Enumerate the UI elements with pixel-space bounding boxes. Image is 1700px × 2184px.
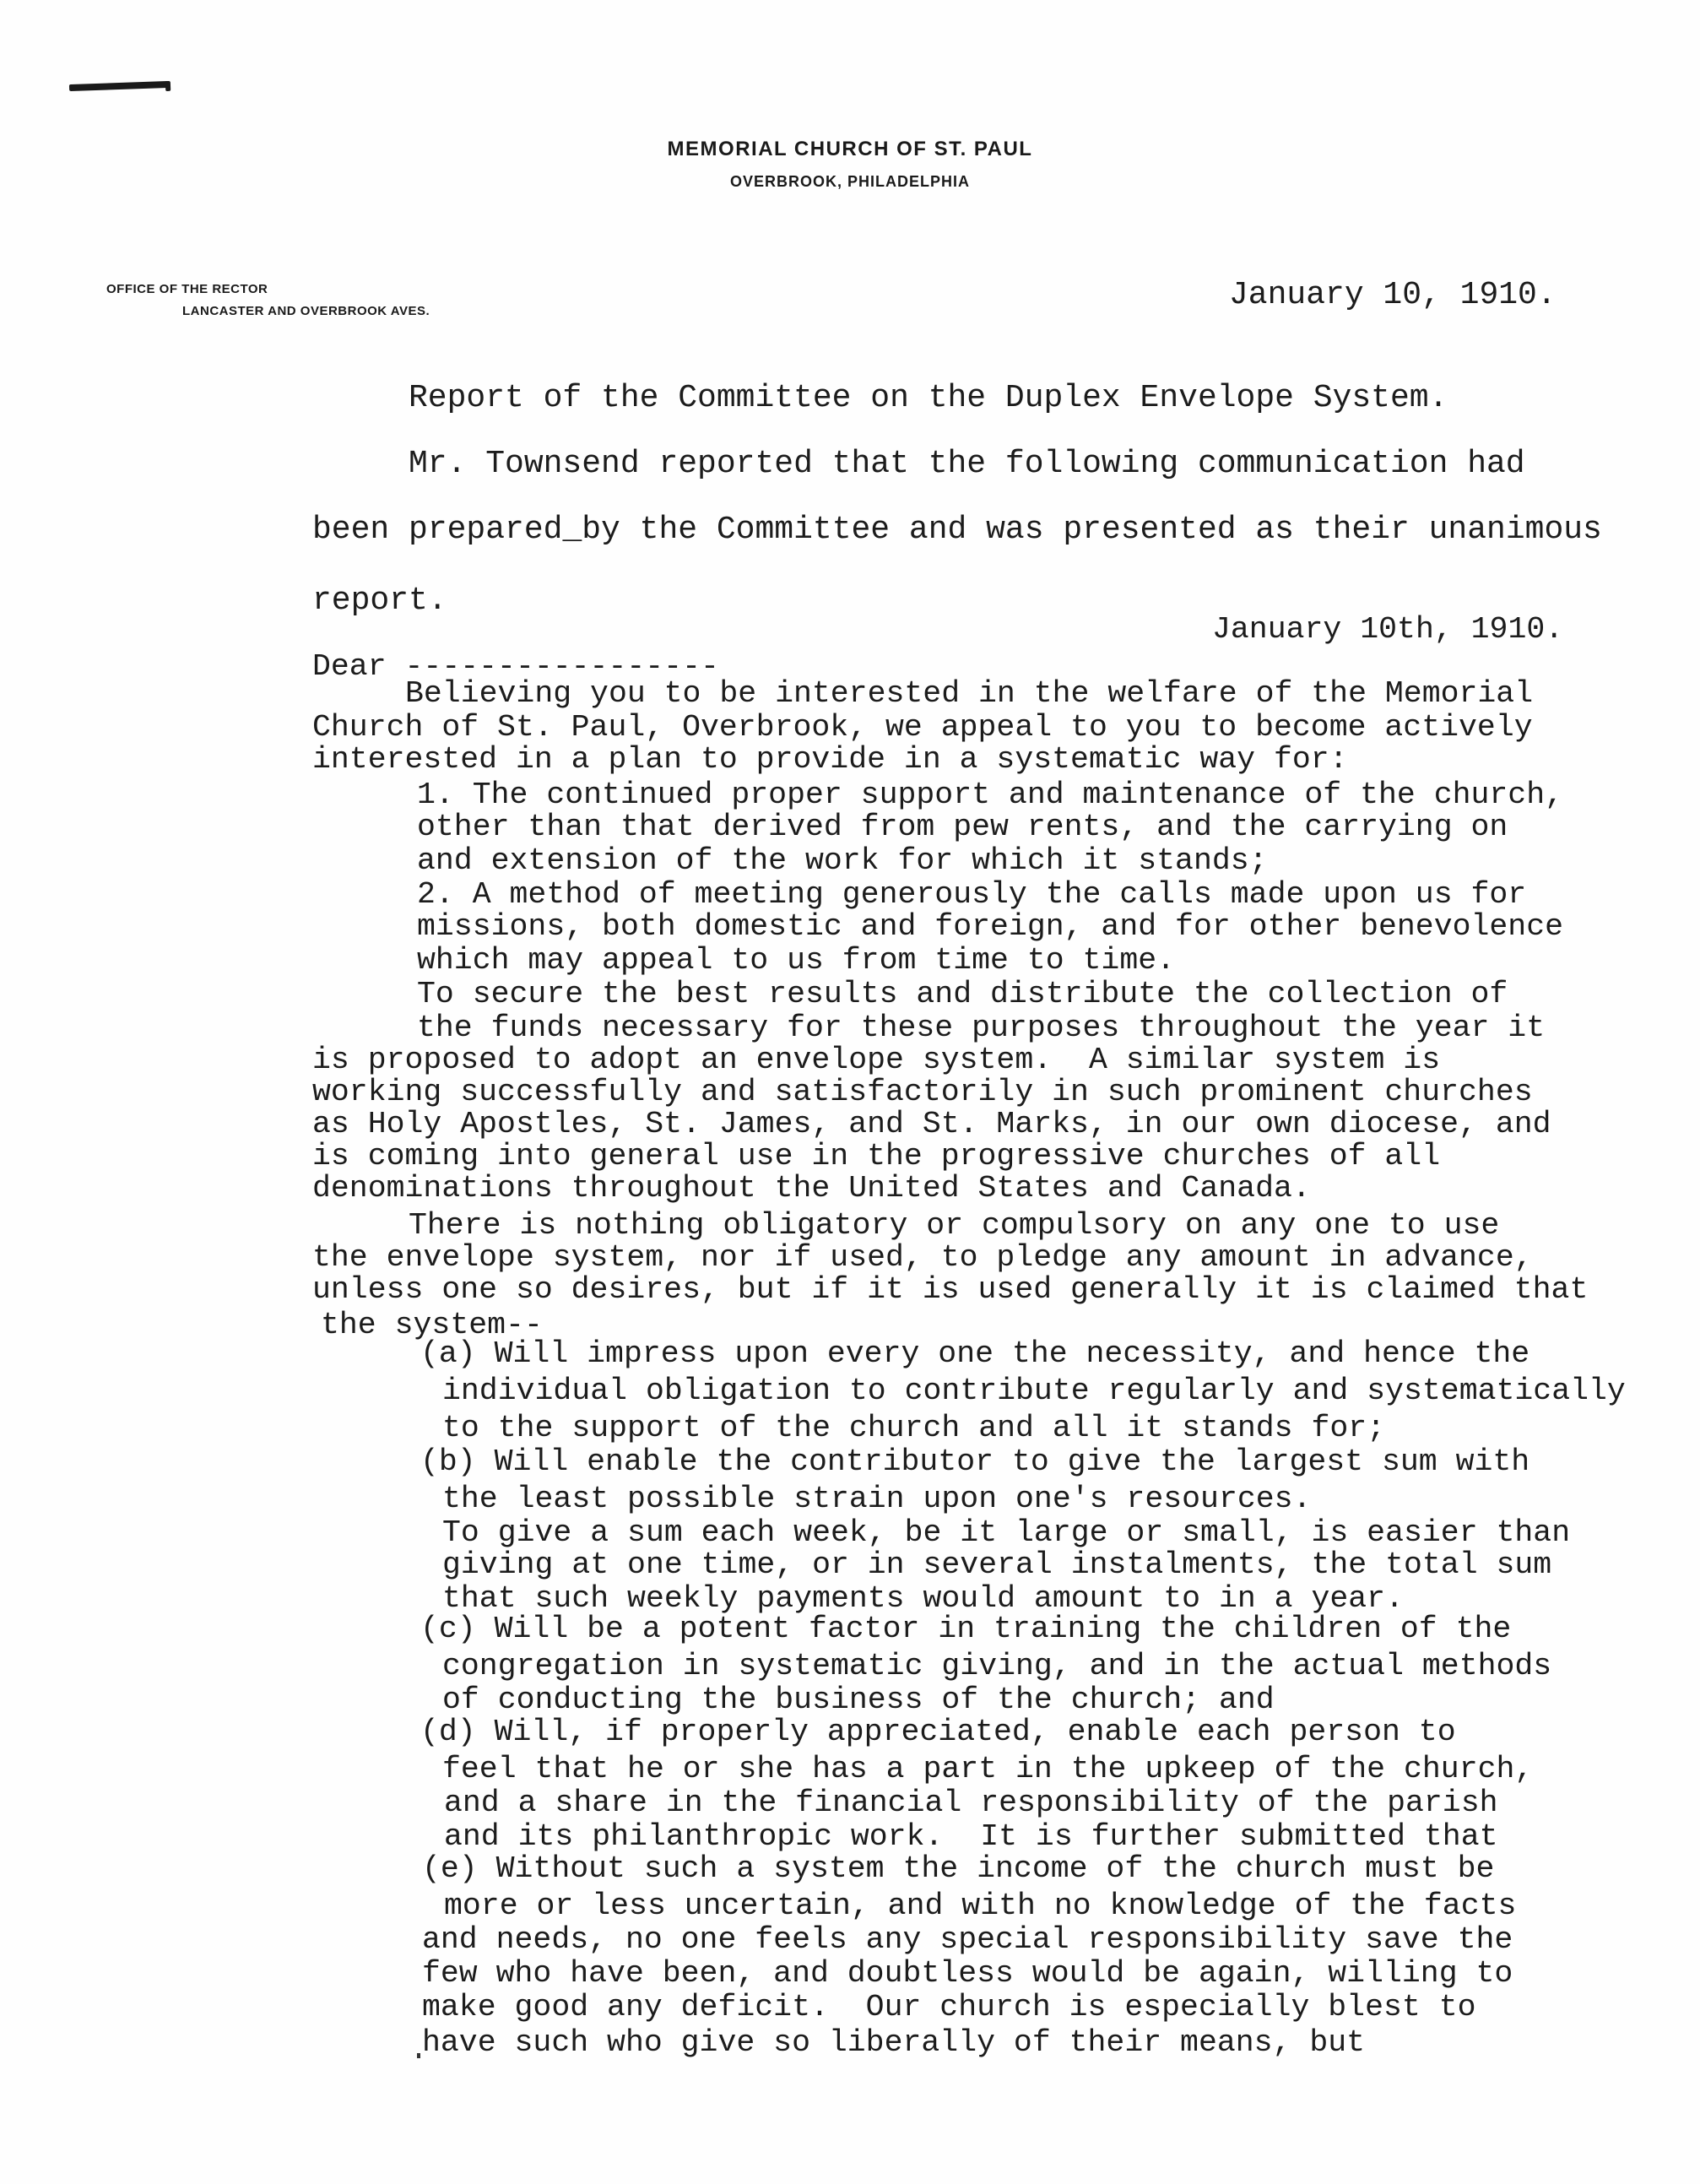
body-line: as Holy Apostles, St. James, and St. Mar… xyxy=(312,1108,1551,1141)
body-line: To secure the best results and distribut… xyxy=(417,978,1508,1011)
body-line: 1. The continued proper support and main… xyxy=(417,778,1563,812)
body-line: (e) Without such a system the income of … xyxy=(422,1852,1494,1886)
intro-line: Mr. Townsend reported that the following… xyxy=(409,447,1525,481)
body-line: (d) Will, if properly appreciated, enabl… xyxy=(420,1715,1456,1749)
letterhead-address: LANCASTER AND OVERBROOK AVES. xyxy=(182,304,430,318)
body-line: and extension of the work for which it s… xyxy=(417,844,1268,878)
stray-mark xyxy=(417,2053,420,2058)
body-line: To give a sum each week, be it large or … xyxy=(442,1516,1570,1550)
letterhead-office: OFFICE OF THE RECTOR xyxy=(106,282,268,296)
document-page: MEMORIAL CHURCH OF ST. PAUL OVERBROOK, P… xyxy=(0,0,1700,2184)
body-line: missions, both domestic and foreign, and… xyxy=(417,910,1563,944)
body-line: and needs, no one feels any special resp… xyxy=(422,1923,1513,1957)
body-line: Believing you to be interested in the we… xyxy=(405,677,1533,711)
body-line: (b) Will enable the contributor to give … xyxy=(420,1445,1529,1479)
body-line: the funds necessary for these purposes t… xyxy=(417,1011,1545,1045)
intro-line: been prepared_by the Committee and was p… xyxy=(312,513,1602,547)
body-line: that such weekly payments would amount t… xyxy=(442,1582,1404,1616)
body-line: the envelope system, nor if used, to ple… xyxy=(312,1241,1533,1275)
header-date: January 10, 1910. xyxy=(1229,279,1557,312)
pen-mark xyxy=(69,81,169,91)
body-line: to the support of the church and all it … xyxy=(442,1412,1385,1445)
body-line: and its philanthropic work. It is furthe… xyxy=(444,1820,1498,1854)
body-line: which may appeal to us from time to time… xyxy=(417,944,1175,978)
body-line: congregation in systematic giving, and i… xyxy=(442,1650,1551,1683)
letterhead-location: OVERBROOK, PHILADELPHIA xyxy=(0,173,1700,191)
letterhead-organization: MEMORIAL CHURCH OF ST. PAUL xyxy=(0,138,1700,161)
report-title: Report of the Committee on the Duplex En… xyxy=(409,382,1448,415)
body-line: interested in a plan to provide in a sys… xyxy=(312,743,1348,777)
body-line: have such who give so liberally of their… xyxy=(422,2026,1365,2060)
body-line: few who have been, and doubtless would b… xyxy=(422,1957,1513,1991)
body-line: working successfully and satisfactorily … xyxy=(312,1076,1533,1109)
body-line: denominations throughout the United Stat… xyxy=(312,1172,1311,1206)
body-line: giving at one time, or in several instal… xyxy=(442,1548,1551,1582)
body-line: of conducting the business of the church… xyxy=(442,1683,1275,1717)
body-line: There is nothing obligatory or compulsor… xyxy=(409,1209,1499,1243)
body-line: 2. A method of meeting generously the ca… xyxy=(417,878,1526,912)
body-line: unless one so desires, but if it is used… xyxy=(312,1273,1588,1307)
body-line: Church of St. Paul, Overbrook, we appeal… xyxy=(312,711,1533,745)
intro-line: report. xyxy=(312,584,447,618)
body-line: (c) Will be a potent factor in training … xyxy=(420,1612,1511,1646)
body-line: the least possible strain upon one's res… xyxy=(442,1482,1311,1516)
letter-date: January 10th, 1910. xyxy=(1212,613,1563,647)
body-line: is proposed to adopt an envelope system.… xyxy=(312,1043,1440,1077)
body-line: feel that he or she has a part in the up… xyxy=(442,1753,1533,1786)
body-line: make good any deficit. Our church is esp… xyxy=(422,1991,1476,2024)
body-line: and a share in the financial responsibil… xyxy=(444,1786,1498,1820)
body-line: is coming into general use in the progre… xyxy=(312,1140,1440,1173)
body-line: individual obligation to contribute regu… xyxy=(442,1374,1626,1408)
body-line: more or less uncertain, and with no know… xyxy=(444,1889,1516,1923)
body-line: (a) Will impress upon every one the nece… xyxy=(420,1337,1529,1371)
body-line: other than that derived from pew rents, … xyxy=(417,810,1508,844)
